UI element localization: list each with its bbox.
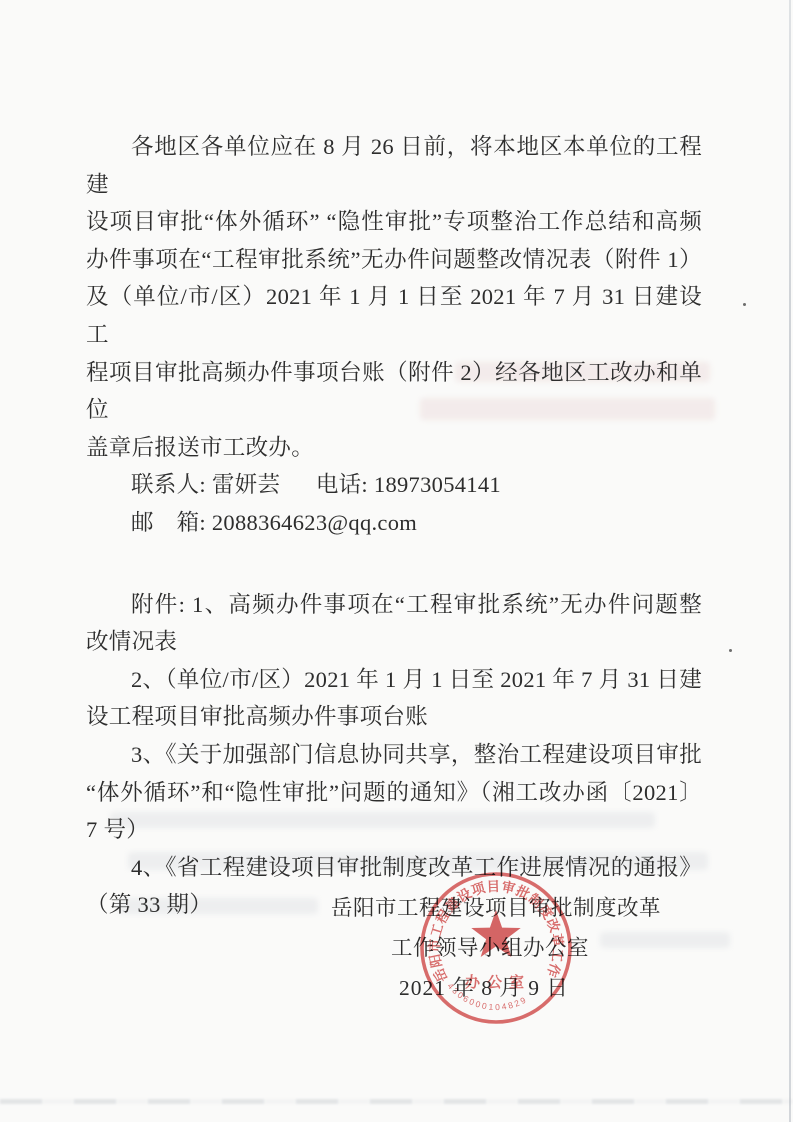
text-line: 7 号）: [86, 811, 702, 849]
text-line: 改情况表: [86, 623, 702, 661]
scan-speck: [729, 649, 732, 652]
text-line: 各地区各单位应在 8 月 26 日前，将本地区本单位的工程建: [86, 128, 702, 203]
text-line: 盖章后报送市工改办。: [86, 429, 702, 467]
signature-org-line1: 岳阳市工程建设项目审批制度改革: [328, 888, 664, 928]
text-line: 及（单位/市/区）2021 年 1 月 1 日至 2021 年 7 月 31 日…: [86, 278, 702, 353]
signature-date: 2021 年 8 月 9 日: [316, 968, 652, 1008]
document-body: 各地区各单位应在 8 月 26 日前，将本地区本单位的工程建设项目审批“体外循环…: [86, 128, 702, 924]
text-line: 附件: 1、高频办件事项在“工程审批系统”无办件问题整: [86, 586, 702, 624]
text-line: 邮 箱: 2088364623@qq.com: [86, 504, 702, 542]
text-line: 4、《省工程建设项目审批制度改革工作进展情况的通报》: [86, 849, 702, 887]
text-line: 程项目审批高频办件事项台账（附件 2）经各地区工改办和单位: [86, 354, 702, 429]
scan-speck: [743, 303, 746, 306]
text-line: 设项目审批“体外循环” “隐性审批”专项整治工作总结和高频: [86, 203, 702, 241]
text-line: 2、（单位/市/区）2021 年 1 月 1 日至 2021 年 7 月 31 …: [86, 661, 702, 699]
text-line: 联系人: 雷妍芸 电话: 18973054141: [86, 466, 702, 504]
scan-edge-bottom: [0, 1099, 793, 1104]
text-line: 办件事项在“工程审批系统”无办件问题整改情况表（附件 1）: [86, 241, 702, 279]
signature-block: 岳阳市工程建设项目审批制度改革 工作领导小组办公室 2021 年 8 月 9 日: [328, 888, 664, 1008]
text-line: 设工程项目审批高频办件事项台账: [86, 698, 702, 736]
text-line: 3、《关于加强部门信息协同共享，整治工程建设项目审批: [86, 736, 702, 774]
text-line: “体外循环”和“隐性审批”问题的通知》（湘工改办函〔2021〕: [86, 774, 702, 812]
document-page: 各地区各单位应在 8 月 26 日前，将本地区本单位的工程建设项目审批“体外循环…: [0, 0, 793, 1122]
signature-org-line2: 工作领导小组办公室: [322, 928, 658, 968]
scan-edge-right: [789, 0, 791, 1122]
